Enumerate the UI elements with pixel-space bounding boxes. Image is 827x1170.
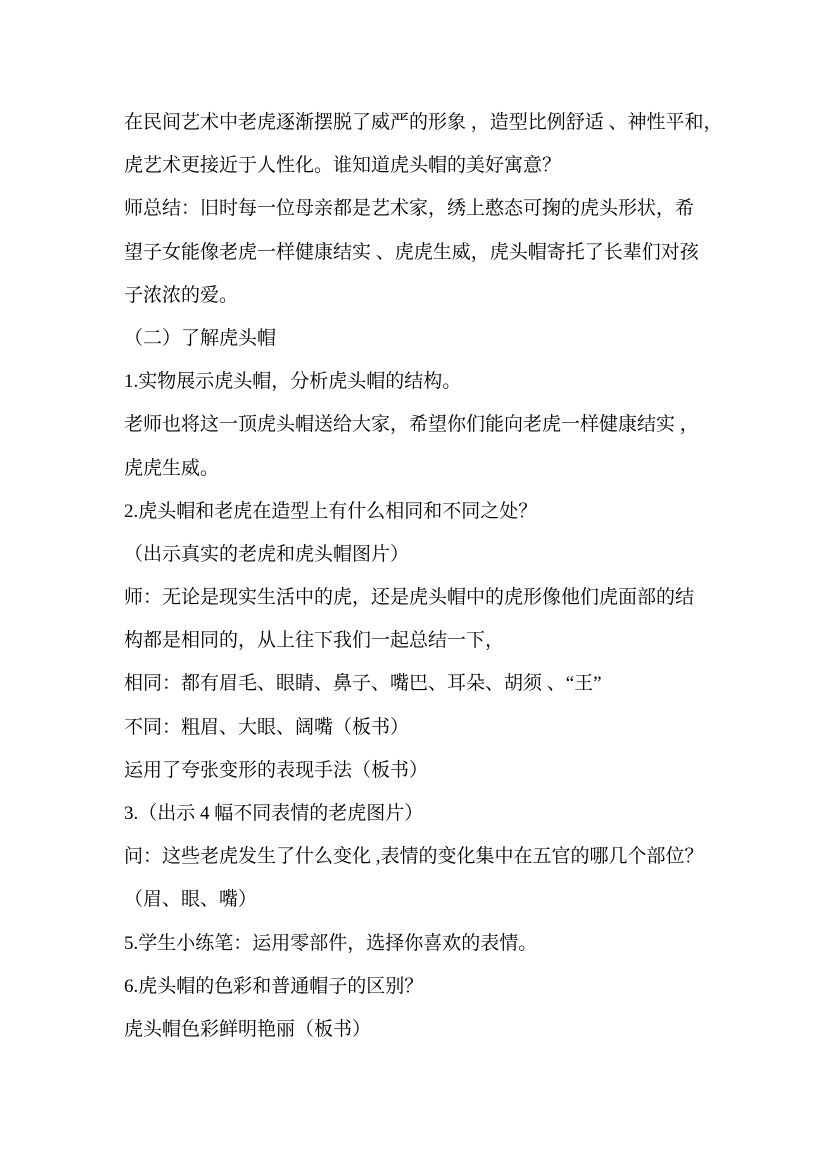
text-line: 老师也将这一顶虎头帽送给大家，希望你们能向老虎一样健康结实 ， [124, 403, 724, 446]
text-line: 2.虎头帽和老虎在造型上有什么相同和不同之处？ [124, 490, 724, 533]
text-line: 在民间艺术中老虎逐渐摆脱了威严的形象 ，造型比例舒适 、神性平和， [124, 101, 724, 144]
text-line: 运用了夸张变形的表现手法（板书） [124, 749, 724, 792]
text-line: 1.实物展示虎头帽，分析虎头帽的结构。 [124, 360, 724, 403]
text-line: 问：这些老虎发生了什么变化 ,表情的变化集中在五官的哪几个部位？ [124, 835, 724, 878]
document-body: 在民间艺术中老虎逐渐摆脱了威严的形象 ，造型比例舒适 、神性平和， 虎艺术更接近… [124, 101, 724, 1051]
text-line: 构都是相同的，从上往下我们一起总结一下， [124, 619, 724, 662]
text-line: 望子女能像老虎一样健康结实 、虎虎生威，虎头帽寄托了长辈们对孩 [124, 231, 724, 274]
text-line: 虎艺术更接近于人性化。谁知道虎头帽的美好寓意？ [124, 144, 724, 187]
text-line: 虎头帽色彩鲜明艳丽（板书） [124, 1008, 724, 1051]
text-line: 师：无论是现实生活中的虎，还是虎头帽中的虎形像他们虎面部的结 [124, 576, 724, 619]
text-line: 相同：都有眉毛、眼睛、鼻子、嘴巴、耳朵、胡须 、“王” [124, 662, 724, 705]
text-line: （眉、眼、嘴） [124, 878, 724, 921]
text-line: 3.（出示 4 幅不同表情的老虎图片） [124, 792, 724, 835]
text-line: 子浓浓的爱。 [124, 274, 724, 317]
text-line: 虎虎生威。 [124, 447, 724, 490]
text-line: 5.学生小练笔：运用零部件，选择你喜欢的表情。 [124, 922, 724, 965]
text-line: 不同：粗眉、大眼、阔嘴（板书） [124, 706, 724, 749]
text-line: （二）了解虎头帽 [124, 317, 724, 360]
document-page: 在民间艺术中老虎逐渐摆脱了威严的形象 ，造型比例舒适 、神性平和， 虎艺术更接近… [0, 0, 827, 1170]
text-line: 师总结：旧时每一位母亲都是艺术家，绣上憨态可掬的虎头形状，希 [124, 187, 724, 230]
text-line: （出示真实的老虎和虎头帽图片） [124, 533, 724, 576]
text-line: 6.虎头帽的色彩和普通帽子的区别？ [124, 965, 724, 1008]
